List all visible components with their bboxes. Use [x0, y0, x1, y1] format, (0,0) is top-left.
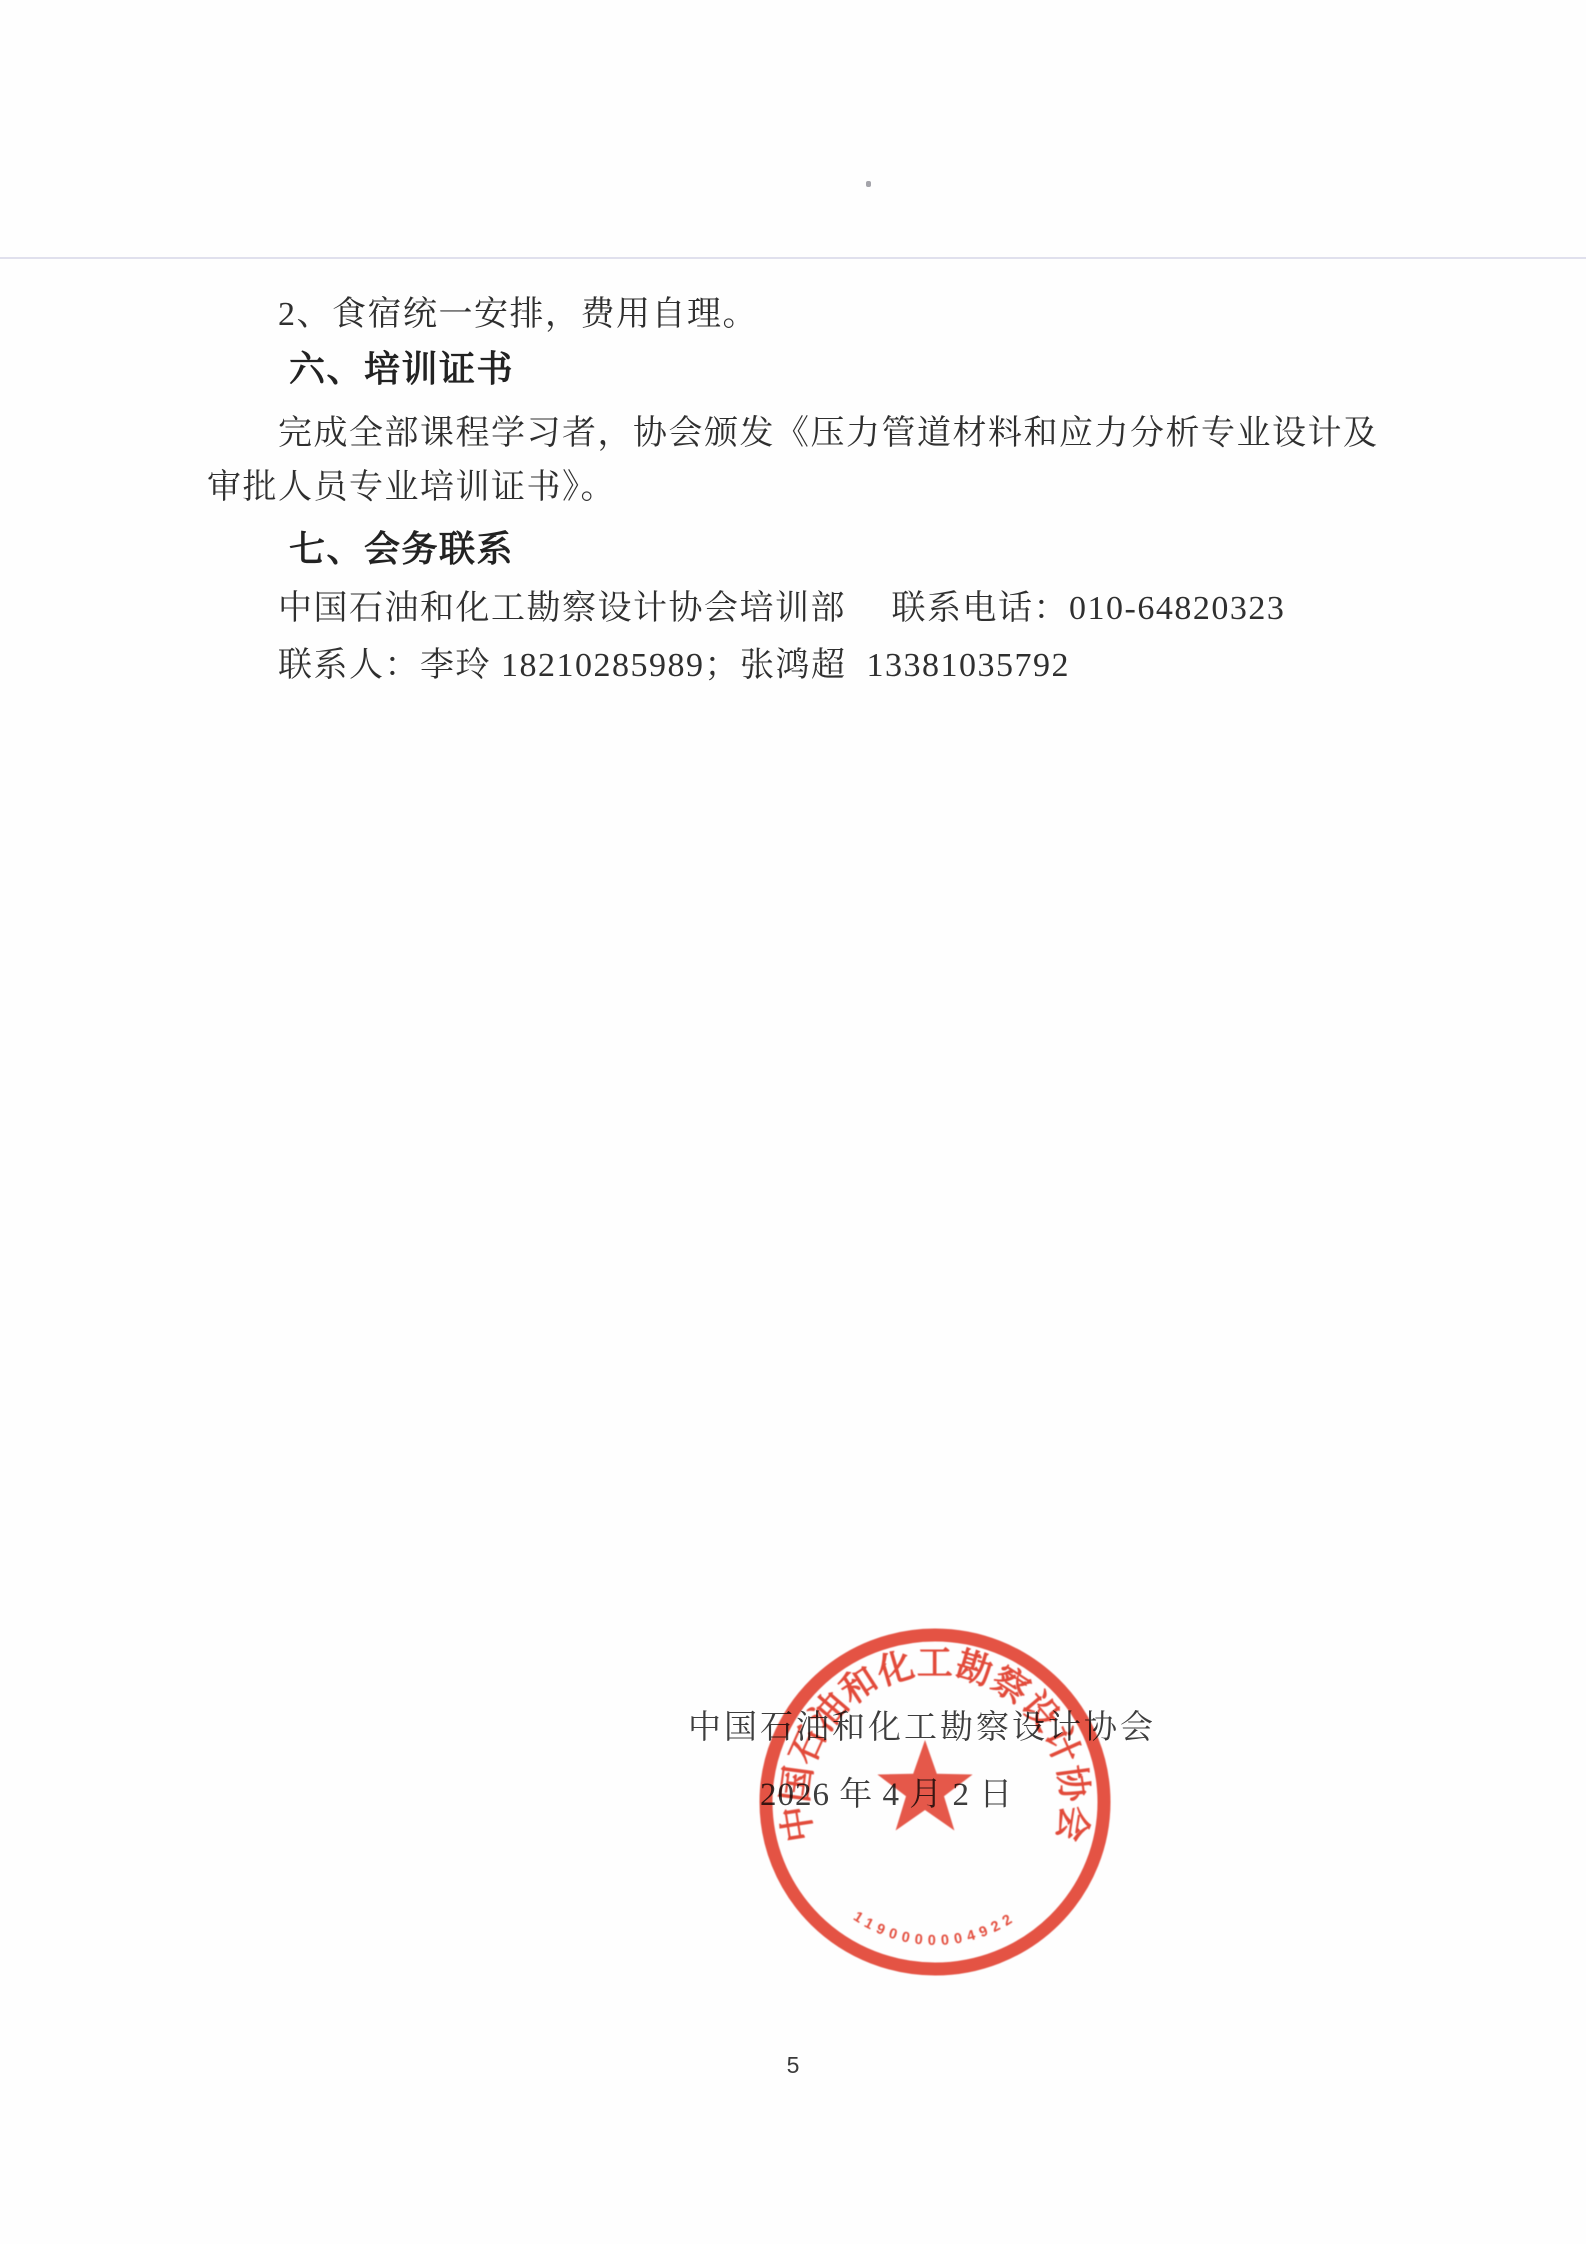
scan-speck [866, 181, 871, 187]
svg-text:1190000004922: 1190000004922 [850, 1909, 1019, 1949]
scan-divider-line [0, 257, 1586, 259]
section-heading-certificate: 六、培训证书 [207, 347, 1509, 392]
body-line-contact-phone: 中国石油和化工勘察设计协会培训部 联系电话：010-64820323 [207, 588, 1498, 631]
seal-serial-number: 1190000004922 [850, 1909, 1019, 1949]
signature-date: 2026 年 4 月 2 日 [760, 1768, 1013, 1815]
page-number: 5 [0, 2052, 1586, 2079]
body-line-certificate-2: 审批人员专业培训证书》。 [207, 467, 1427, 510]
body-line-certificate-1: 完成全部课程学习者，协会颁发《压力管道材料和应力分析专业设计及 [207, 413, 1498, 456]
body-line-accommodation: 2、食宿统一安排，费用自理。 [207, 294, 1498, 337]
section-heading-contact: 七、会务联系 [207, 527, 1509, 572]
document-page: 2、食宿统一安排，费用自理。 六、培训证书 完成全部课程学习者，协会颁发《压力管… [0, 0, 1586, 2244]
signature-organization: 中国石油和化工勘察设计协会 [688, 1701, 1156, 1748]
body-line-contact-persons: 联系人：李玲 18210285989；张鸿超 13381035792 [207, 645, 1498, 688]
